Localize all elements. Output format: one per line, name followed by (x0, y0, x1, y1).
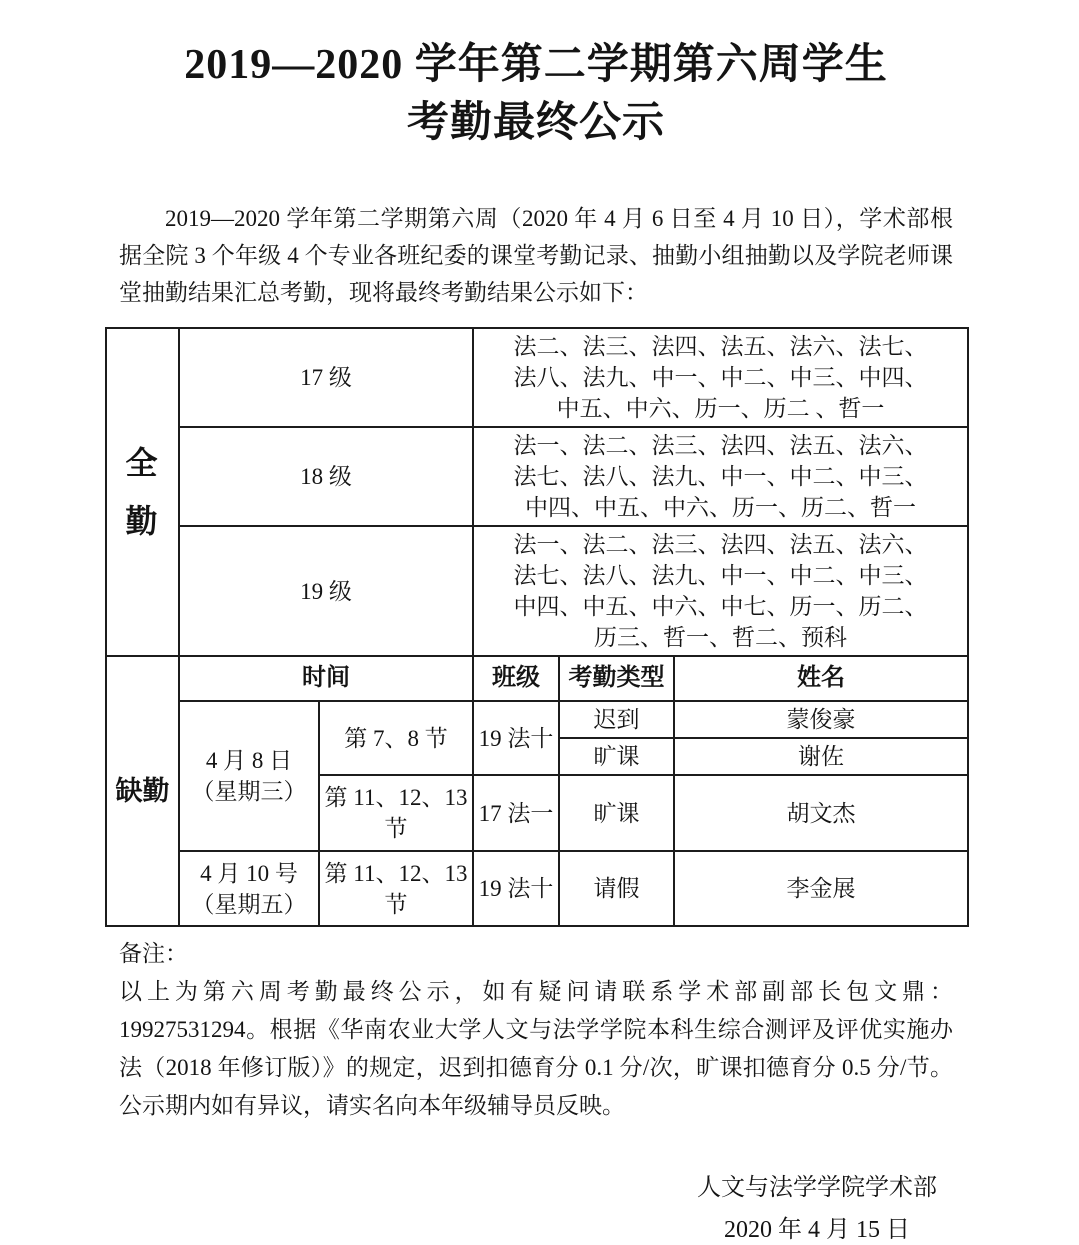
full-attendance-section-label: 全 勤 (106, 328, 179, 656)
table-row: 18 级 法一、法二、法三、法四、法五、法六、 法七、法八、法九、中一、中二、中… (106, 427, 968, 526)
page-title: 2019—2020 学年第二学期第六周学生 考勤最终公示 (105, 36, 967, 152)
grade-cell: 17 级 (179, 328, 473, 427)
classes-cell: 法二、法三、法四、法五、法六、法七、 法八、法九、中一、中二、中三、中四、 中五… (473, 328, 968, 427)
intro-paragraph: 2019—2020 学年第二学期第六周（2020 年 4 月 6 日至 4 月 … (119, 200, 953, 311)
column-header-time: 时间 (179, 656, 473, 701)
name-cell: 蒙俊豪 (674, 701, 968, 738)
grade-cell: 18 级 (179, 427, 473, 526)
type-cell: 旷课 (559, 775, 674, 851)
absence-row: 4 月 10 号 （星期五） 第 11、12、13 节 19 法十 请假 李金展 (106, 851, 968, 926)
absence-row: 4 月 8 日 （星期三） 第 7、8 节 19 法十 迟到 蒙俊豪 (106, 701, 968, 738)
notes-label: 备注： (119, 935, 953, 973)
attendance-table: 全 勤 17 级 法二、法三、法四、法五、法六、法七、 法八、法九、中一、中二、… (105, 327, 969, 927)
absence-section-label: 缺勤 (106, 656, 179, 926)
classes-cell: 法一、法二、法三、法四、法五、法六、 法七、法八、法九、中一、中二、中三、 中四… (473, 427, 968, 526)
name-cell: 谢佐 (674, 738, 968, 775)
period-cell: 第 11、12、13 节 (319, 851, 473, 926)
page-title-line-1: 2019—2020 学年第二学期第六周学生 (184, 42, 888, 88)
notes-section: 备注： 以上为第六周考勤最终公示，如有疑问请联系学术部副部长包文鼎：199275… (119, 935, 953, 1125)
type-cell: 迟到 (559, 701, 674, 738)
table-row: 19 级 法一、法二、法三、法四、法五、法六、 法七、法八、法九、中一、中二、中… (106, 526, 968, 656)
column-header-type: 考勤类型 (559, 656, 674, 701)
class-cell: 17 法一 (473, 775, 559, 851)
type-cell: 旷课 (559, 738, 674, 775)
notes-body: 以上为第六周考勤最终公示，如有疑问请联系学术部副部长包文鼎：1992753129… (119, 973, 953, 1125)
classes-cell: 法一、法二、法三、法四、法五、法六、 法七、法八、法九、中一、中二、中三、 中四… (473, 526, 968, 656)
period-cell: 第 11、12、13 节 (319, 775, 473, 851)
class-cell: 19 法十 (473, 851, 559, 926)
name-cell: 胡文杰 (674, 775, 968, 851)
grade-cell: 19 级 (179, 526, 473, 656)
date-cell: 4 月 8 日 （星期三） (179, 701, 319, 851)
name-cell: 李金展 (674, 851, 968, 926)
column-header-name: 姓名 (674, 656, 968, 701)
period-cell: 第 7、8 节 (319, 701, 473, 775)
announcement-page: 2019—2020 学年第二学期第六周学生 考勤最终公示 2019—2020 学… (0, 0, 1079, 1245)
type-cell: 请假 (559, 851, 674, 926)
table-row: 全 勤 17 级 法二、法三、法四、法五、法六、法七、 法八、法九、中一、中二、… (106, 328, 968, 427)
signature-block: 人文与法学学院学术部 2020 年 4 月 15 日 (105, 1167, 967, 1245)
signature-date: 2020 年 4 月 15 日 (697, 1209, 937, 1245)
date-cell: 4 月 10 号 （星期五） (179, 851, 319, 926)
column-header-class: 班级 (473, 656, 559, 701)
absence-header-row: 缺勤 时间 班级 考勤类型 姓名 (106, 656, 968, 701)
class-cell: 19 法十 (473, 701, 559, 775)
page-title-line-2: 考勤最终公示 (407, 100, 665, 146)
signature-org: 人文与法学学院学术部 (697, 1167, 937, 1209)
